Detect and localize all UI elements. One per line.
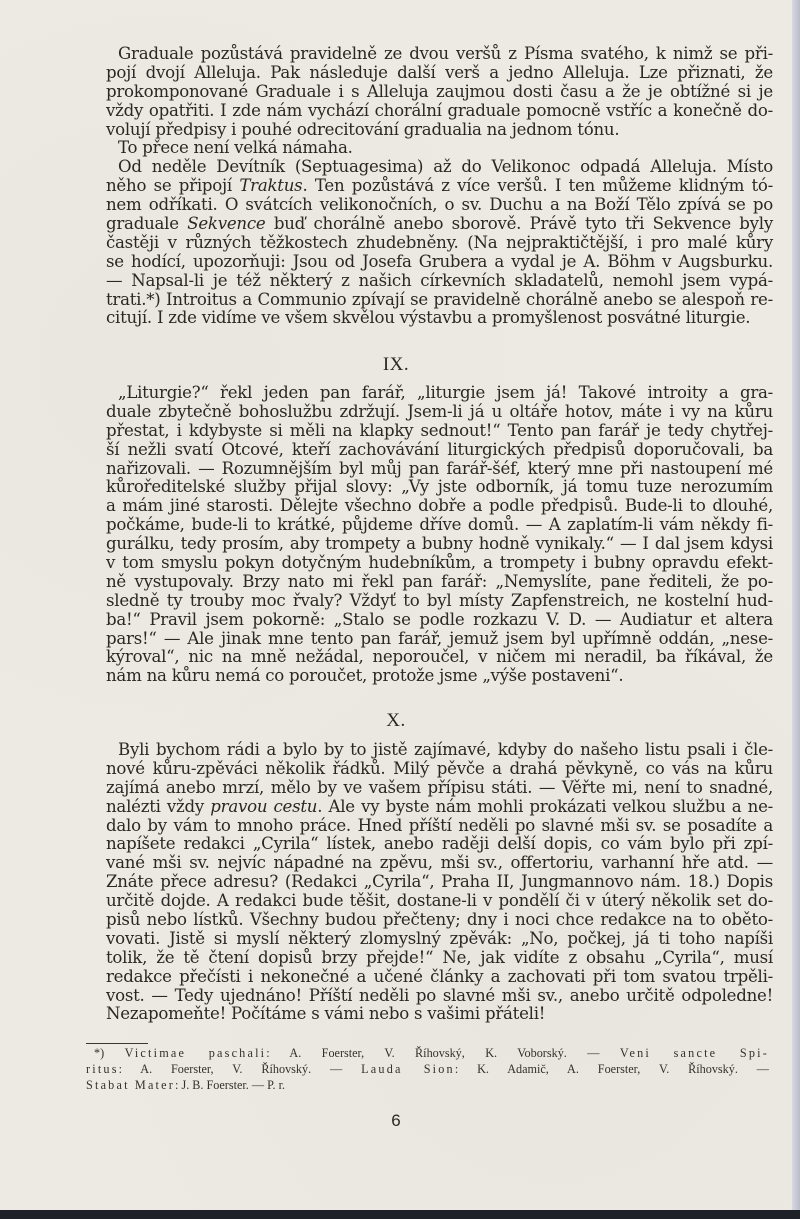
text-line: ně vystupovaly. Brzy nato mi řekl pan fa… bbox=[106, 573, 773, 592]
text-line: nařizovali. — Rozumnějším byl můj pan fa… bbox=[106, 460, 773, 479]
section-heading-ix: IX. bbox=[0, 354, 792, 376]
text-line: přestat, i kdybyste si měli na klapky se… bbox=[106, 422, 773, 441]
text-run: . Ale vy byste nám mohli prokázati velko… bbox=[317, 797, 773, 816]
text-line: dalo by vám to mnoho práce. Hned příští … bbox=[106, 817, 773, 836]
scan-edge-bottom bbox=[0, 1210, 800, 1219]
footnote-divider bbox=[86, 1043, 148, 1044]
text-line: se hodící, upozorňuji: Jsou od Josefa Gr… bbox=[106, 253, 773, 272]
term-sekvence: Sekvence bbox=[187, 214, 265, 233]
text-line: vovati. Jistě si myslí některý zlomyslný… bbox=[106, 930, 773, 949]
text-line: „Liturgie?“ řekl jeden pan farář, „litur… bbox=[106, 384, 773, 403]
term-pravou-cestu: pravou cestu bbox=[210, 797, 317, 816]
footnote-title: ritus bbox=[86, 1062, 119, 1076]
text-line: kýroval“, nic na mně nežádal, neporoučel… bbox=[106, 648, 773, 667]
text-line: gurálku, tedy prosím, aby trompety a bub… bbox=[106, 535, 773, 554]
text-line: sledně ty trouby moc řvaly? Vždyť to byl… bbox=[106, 592, 773, 611]
footnote-marker: *) bbox=[94, 1046, 104, 1060]
section-heading-x: X. bbox=[0, 710, 792, 732]
footnote-text: : J. B. Foerster. — P. r. bbox=[175, 1078, 285, 1092]
text-line: kůroředitelské služby přijal slovy: „Vy … bbox=[106, 478, 773, 497]
text-line: častěji v různých těžkostech zhudebněny.… bbox=[106, 234, 773, 253]
text-line: Nezapomeňte! Počítáme s vámi nebo s vaši… bbox=[106, 1005, 773, 1024]
text-line: prokomponované Graduale i s Alleluja zau… bbox=[106, 83, 773, 102]
text-line: To přece není velká námaha. bbox=[106, 139, 773, 158]
text-line: volují předpisy i pouhé odrecitování gra… bbox=[106, 121, 773, 140]
text-line: — Napsal-li je též některý z našich círk… bbox=[106, 272, 773, 291]
text-run: . Ten pozůstává z více veršů. I ten může… bbox=[302, 176, 773, 195]
footnote-line: *) Victimae paschali: A. Foerster, V. Ří… bbox=[86, 1046, 769, 1062]
text-line: citují. I zde vidíme ve všem skvělou výs… bbox=[106, 309, 773, 328]
footnote-text: : A. Foerster, V. Říhovský. — bbox=[119, 1062, 361, 1076]
scan-edge-right bbox=[792, 0, 800, 1210]
text-line: vždy opatřiti. I zde nám vychází choráln… bbox=[106, 102, 773, 121]
footnote-line: ritus: A. Foerster, V. Říhovský. — Lauda… bbox=[86, 1062, 769, 1078]
text-line: určitě dojde. A redakci bude těšit, dost… bbox=[106, 892, 773, 911]
footnote-title: Victimae paschali bbox=[125, 1046, 267, 1060]
text-line: trati.*) Introitus a Communio zpívají se… bbox=[106, 291, 773, 310]
text-run: něho se připojí bbox=[106, 176, 239, 195]
text-line: nem odříkati. O svátcích velikonočních, … bbox=[106, 196, 773, 215]
page-number: 6 bbox=[0, 1111, 792, 1131]
text-line: redakce přečísti i nekonečné a učené člá… bbox=[106, 968, 773, 987]
text-line: vané mši sv. nejvíc nápadné na zpěvu, mš… bbox=[106, 854, 773, 873]
text-line: nám na kůru nemá co poroučet, protože js… bbox=[106, 667, 773, 686]
text-line: graduale Sekvence buď chorálně anebo sbo… bbox=[106, 215, 773, 234]
text-line: nové kůru-zpěváci několik řádků. Milý pě… bbox=[106, 760, 773, 779]
text-line: a mám jiné starosti. Dělejte všechno dob… bbox=[106, 497, 773, 516]
text-line: počkáme, bude-li to krátké, půjdeme dřív… bbox=[106, 516, 773, 535]
text-line: ší nežli svatí Otcové, kteří zachovávání… bbox=[106, 441, 773, 460]
text-line: pars!“ — Ale jinak mne tento pan farář, … bbox=[106, 630, 773, 649]
term-traktus: Traktus bbox=[239, 176, 302, 195]
text-line: Od neděle Devítník (Septuagesima) až do … bbox=[106, 158, 773, 177]
footnote-text: : K. Adamič, A. Foerster, V. Říhovský. — bbox=[455, 1062, 769, 1076]
footnote-title: Stabat Mater bbox=[86, 1078, 175, 1092]
text-line: v tom smyslu pokyn dotyčným hudebníkům, … bbox=[106, 554, 773, 573]
text-line: vost. — Tedy ujednáno! Příští neděli po … bbox=[106, 987, 773, 1006]
text-line: tolik, že tě čtení dopisů brzy přejde!“ … bbox=[106, 949, 773, 968]
footnote-line: Stabat Mater: J. B. Foerster. — P. r. bbox=[86, 1078, 769, 1094]
text-run: graduale bbox=[106, 214, 187, 233]
section-ix-body: „Liturgie?“ řekl jeden pan farář, „litur… bbox=[106, 384, 773, 686]
text-line: duale zbytečně bohoslužbu zdržují. Jsem-… bbox=[106, 403, 773, 422]
text-line: něho se připojí Traktus. Ten pozůstává z… bbox=[106, 177, 773, 196]
section-x-body: Byli bychom rádi a bylo by to jistě zají… bbox=[106, 741, 773, 1024]
section-graduale: Graduale pozůstává pravidelně ze dvou ve… bbox=[106, 45, 773, 328]
text-line: ba!“ Pravil jsem pokorně: „Stalo se podl… bbox=[106, 611, 773, 630]
text-line: pojí dvojí Alleluja. Pak následuje další… bbox=[106, 64, 773, 83]
footnote-title: Lauda Sion bbox=[361, 1062, 455, 1076]
text-line: pisů nebo lístků. Všechny budou přečteny… bbox=[106, 911, 773, 930]
footnote-text: : A. Foerster, V. Říhovský, K. Voborský.… bbox=[266, 1046, 620, 1060]
footnote: *) Victimae paschali: A. Foerster, V. Ří… bbox=[86, 1046, 769, 1093]
scanned-page: Graduale pozůstává pravidelně ze dvou ve… bbox=[0, 0, 792, 1210]
text-line: nalézti vždy pravou cestu. Ale vy byste … bbox=[106, 798, 773, 817]
text-run: buď chorálně anebo sborově. Právě tyto t… bbox=[265, 214, 773, 233]
text-line: napíšete redakci „Cyrila“ lístek, anebo … bbox=[106, 835, 773, 854]
text-run: nalézti vždy bbox=[106, 797, 210, 816]
text-line: zajímá anebo mrzí, mělo by ve vašem příp… bbox=[106, 779, 773, 798]
text-line: Byli bychom rádi a bylo by to jistě zají… bbox=[106, 741, 773, 760]
text-line: Znáte přece adresu? (Redakci „Cyrila“, P… bbox=[106, 873, 773, 892]
text-line: Graduale pozůstává pravidelně ze dvou ve… bbox=[106, 45, 773, 64]
footnote-title: Veni sancte Spi- bbox=[620, 1046, 769, 1060]
